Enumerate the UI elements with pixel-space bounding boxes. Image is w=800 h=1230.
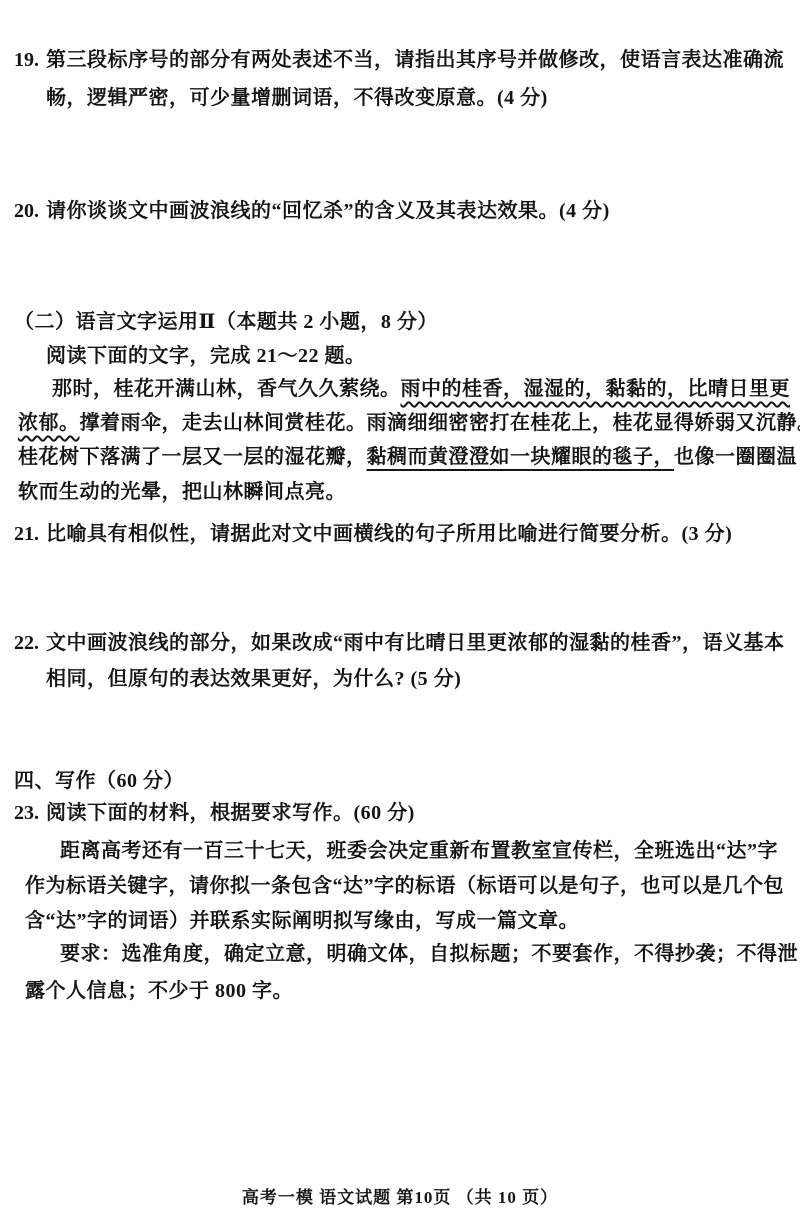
requirements-line-2: 露个人信息；不少于 800 字。 xyxy=(25,978,293,1004)
section-2-heading: （二）语言文字运用Ⅱ（本题共 2 小题，8 分） xyxy=(14,309,438,335)
question-19-number: 19. xyxy=(14,47,46,73)
requirements-line-1: 要求：选准角度，确定立意，明确文体，自拟标题；不要套作，不得抄袭；不得泄 xyxy=(60,941,798,967)
material-line-2: 作为标语关键字，请你拟一条包含“达”字的标语（标语可以是句子，也可以是几个包 xyxy=(25,873,784,899)
question-20-line-1: 20.请你谈谈文中画波浪线的“回忆杀”的含义及其表达效果。(4 分) xyxy=(14,198,610,224)
material-line-3: 含“达”字的词语）并联系实际阐明拟写缘由，写成一篇文章。 xyxy=(25,908,579,934)
passage-text-2b: 撑着雨伞，走去山林间赏桂花。雨滴细细密密打在桂花上，桂花显得娇弱又沉静。 xyxy=(80,412,800,434)
passage-wavy-2a: 浓郁。 xyxy=(18,412,80,434)
exam-page: 19.第三段标序号的部分有两处表述不当，请指出其序号并做修改，使语言表达准确流 … xyxy=(0,0,800,1230)
question-20-text: 请你谈谈文中画波浪线的“回忆杀”的含义及其表达效果。(4 分) xyxy=(46,200,610,222)
question-23-line-1: 23.阅读下面的材料，根据要求写作。(60 分) xyxy=(14,800,415,826)
question-22-number: 22. xyxy=(14,630,46,656)
question-21-line-1: 21.比喻具有相似性，请据此对文中画横线的句子所用比喻进行简要分析。(3 分) xyxy=(14,521,732,547)
material-line-1: 距离高考还有一百三十七天，班委会决定重新布置教室宣传栏，全班选出“达”字 xyxy=(60,838,778,864)
question-22-text-1: 文中画波浪线的部分，如果改成“雨中有比晴日里更浓郁的湿黏的桂香”，语义基本 xyxy=(46,632,785,654)
page-footer: 高考一模 语文试题 第10页 （共 10 页） xyxy=(0,1183,800,1208)
question-23-number: 23. xyxy=(14,800,46,826)
question-20-number: 20. xyxy=(14,198,46,224)
question-21-text: 比喻具有相似性，请据此对文中画横线的句子所用比喻进行简要分析。(3 分) xyxy=(46,523,732,545)
question-19-line-1: 19.第三段标序号的部分有两处表述不当，请指出其序号并做修改，使语言表达准确流 xyxy=(14,47,784,73)
passage-underline-3b: 黏稠而黄澄澄如一块耀眼的毯子， xyxy=(367,446,675,468)
question-21-number: 21. xyxy=(14,521,46,547)
passage-line-4: 软而生动的光晕，把山林瞬间点亮。 xyxy=(18,479,346,505)
question-23-text: 阅读下面的材料，根据要求写作。(60 分) xyxy=(46,802,415,824)
section-4-heading: 四、写作（60 分） xyxy=(14,768,184,794)
passage-text-3a: 桂花树下落满了一层又一层的湿花瓣， xyxy=(18,446,367,468)
passage-text-1a: 那时，桂花开满山林，香气久久萦绕。 xyxy=(52,378,401,400)
passage-wavy-1b: 雨中的桂香，湿湿的，黏黏的，比晴日里更 xyxy=(401,378,791,400)
question-22-line-1: 22.文中画波浪线的部分，如果改成“雨中有比晴日里更浓郁的湿黏的桂香”，语义基本 xyxy=(14,630,785,656)
passage-line-1: 那时，桂花开满山林，香气久久萦绕。雨中的桂香，湿湿的，黏黏的，比晴日里更 xyxy=(52,376,790,402)
section-2-lead: 阅读下面的文字，完成 21～22 题。 xyxy=(46,343,366,369)
question-19-text-1: 第三段标序号的部分有两处表述不当，请指出其序号并做修改，使语言表达准确流 xyxy=(46,49,784,71)
passage-text-3c: 也像一圈圈温 xyxy=(674,446,797,468)
passage-line-3: 桂花树下落满了一层又一层的湿花瓣，黏稠而黄澄澄如一块耀眼的毯子，也像一圈圈温 xyxy=(18,444,797,470)
passage-line-2: 浓郁。撑着雨伞，走去山林间赏桂花。雨滴细细密密打在桂花上，桂花显得娇弱又沉静。 xyxy=(18,410,800,436)
question-22-line-2: 相同，但原句的表达效果更好，为什么? (5 分) xyxy=(46,666,461,692)
question-19-line-2: 畅，逻辑严密，可少量增删词语，不得改变原意。(4 分) xyxy=(46,85,548,111)
